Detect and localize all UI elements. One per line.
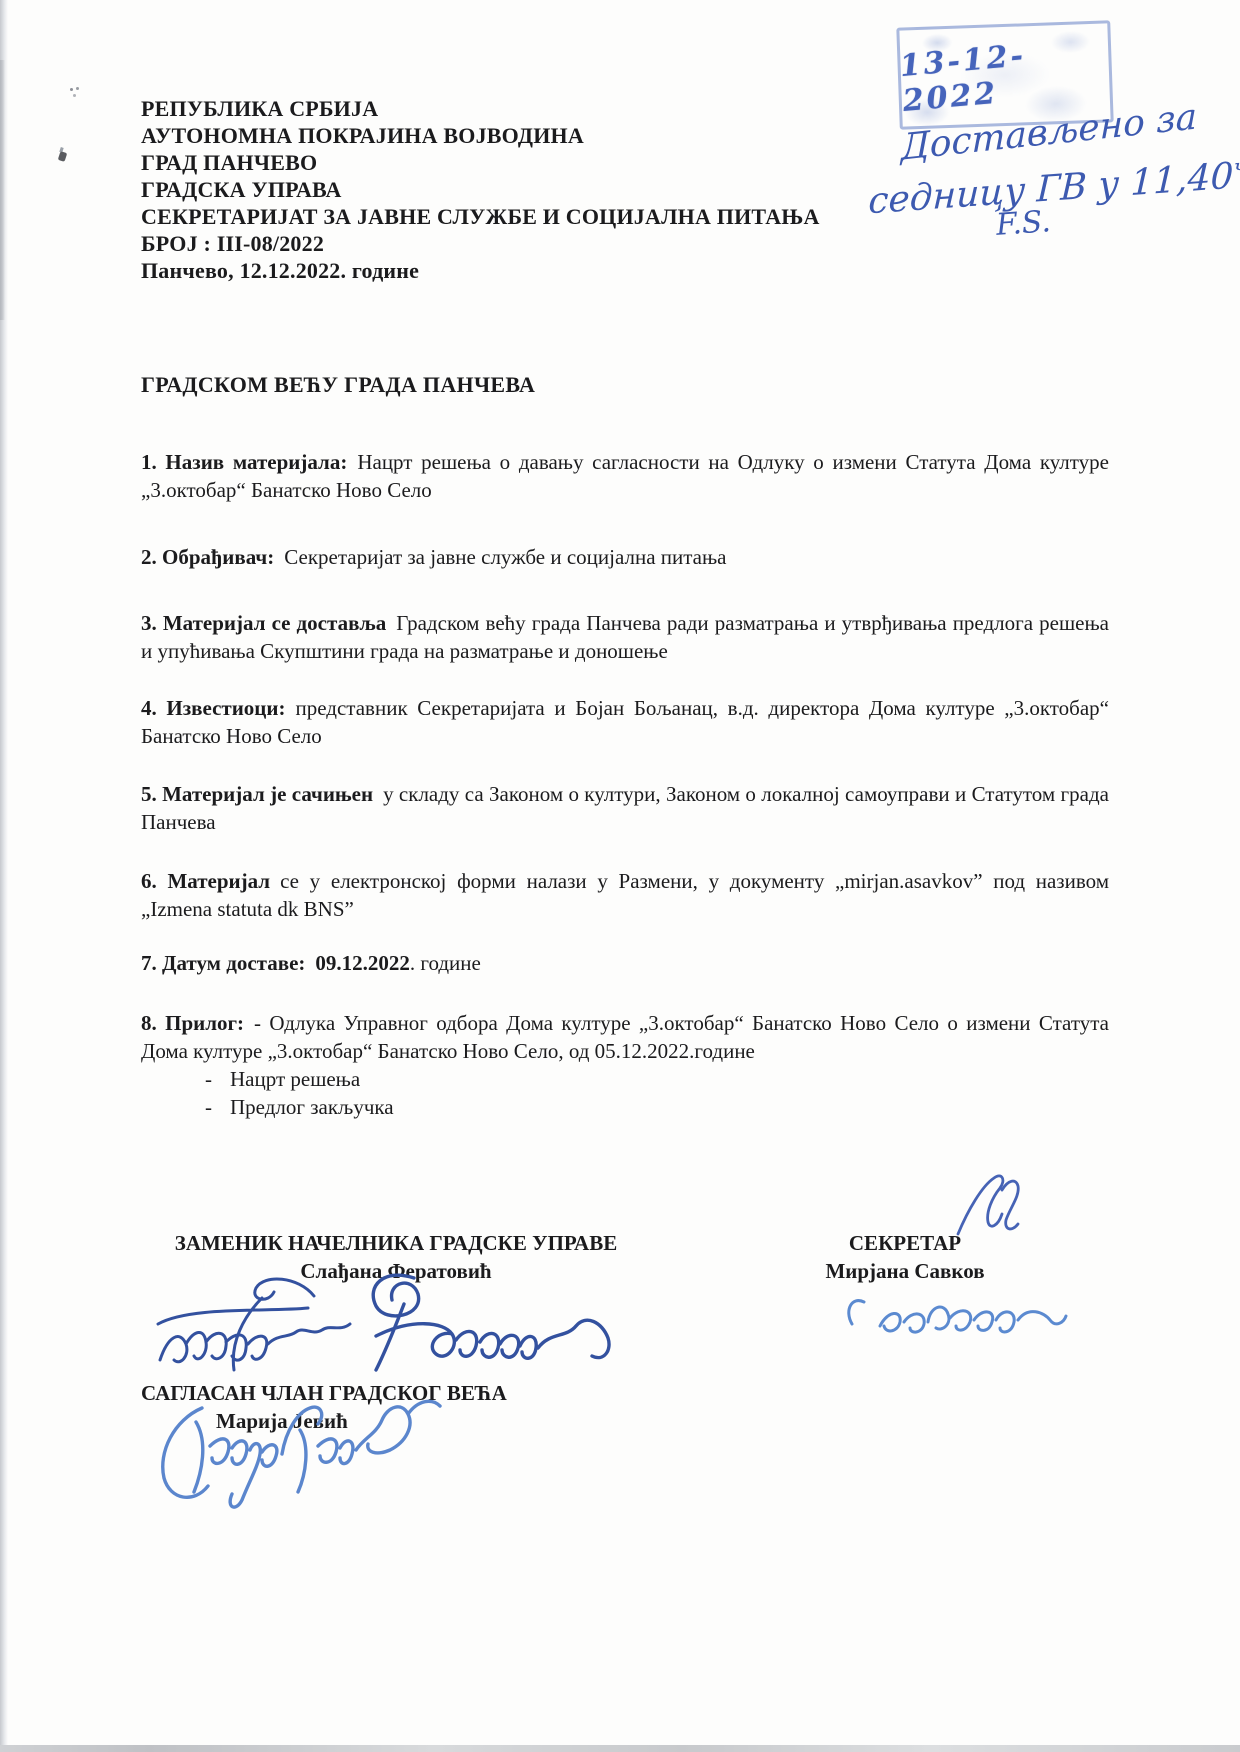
addressee-title: ГРАДСКОМ ВЕЋУ ГРАДА ПАНЧЕВА (141, 372, 535, 398)
item-5-legal-basis: 5. Материјал је сачињену складу са Закон… (141, 781, 1109, 836)
item-4-rapporteurs: 4. Известиоци:представник Секретаријата … (141, 695, 1109, 750)
signature-jevic (150, 1390, 494, 1510)
item-2-processor: 2. Обрађивач:Секретаријат за јавне служб… (141, 544, 1109, 572)
scan-speck (58, 151, 67, 162)
letterhead-line: ГРАДСКА УПРАВА (141, 176, 820, 203)
delivery-date-value: 09.12.2022 (315, 951, 410, 975)
item-label: 7. Датум доставе: (141, 951, 305, 975)
stamp-date-text: 13-12-2022 (898, 31, 1111, 119)
item-3-delivered-to: 3. Материјал се достављаГрадском већу гр… (141, 610, 1109, 665)
handwritten-initials: F.S. (995, 204, 1052, 243)
item-label: 4. Известиоци: (141, 696, 286, 720)
item-label: 2. Обрађивач: (141, 545, 274, 569)
letterhead: РЕПУБЛИКА СРБИЈА АУТОНОМНА ПОКРАЈИНА ВОЈ… (141, 95, 820, 284)
attachment-list-item: -Нацрт решења (141, 1066, 1173, 1094)
item-label: 3. Материјал се доставља (141, 611, 386, 635)
item-label: 6. Материјал (141, 869, 270, 893)
letterhead-line: ГРАД ПАНЧЕВО (141, 149, 820, 176)
handwritten-note-superscript: ч (1233, 155, 1240, 181)
document-number: БРОЈ : III-08/2022 (141, 230, 820, 257)
attachment-text: Предлог закључка (230, 1095, 394, 1119)
list-dash: - (205, 1066, 212, 1094)
item-text: . године (410, 951, 481, 975)
attachment-text: Нацрт решења (230, 1067, 360, 1091)
scanned-document-page: 13-12-2022 Достављено за седницу ГВ у 11… (0, 0, 1240, 1752)
scan-edge-bottom (0, 1745, 1240, 1752)
item-label: 1. Назив материјала: (141, 450, 347, 474)
letterhead-line: РЕПУБЛИКА СРБИЈА (141, 95, 820, 122)
item-label: 8. Прилог: (141, 1011, 244, 1035)
list-dash: - (205, 1094, 212, 1122)
place-and-date: Панчево, 12.12.2022. године (141, 257, 820, 284)
item-6-electronic-form: 6. Материјалсе у електронској форми нала… (141, 868, 1109, 923)
item-1-material-name: 1. Назив материјала:Нацрт решења о давањ… (141, 449, 1109, 504)
item-7-delivery-date: 7. Датум доставе:09.12.2022. године (141, 950, 1109, 978)
item-8-attachments: 8. Прилог:- Одлука Управног одбора Дома … (141, 1010, 1109, 1065)
signature-savkov (838, 1288, 1070, 1344)
secretary-name: Мирјана Савков (775, 1259, 1035, 1284)
secretary-paraph (948, 1168, 1028, 1250)
signature-paraph-left (352, 1264, 616, 1380)
attachment-list-item: -Предлог закључка (141, 1094, 1173, 1122)
scan-edge-left-shadow (0, 60, 5, 320)
item-text: представник Секретаријата и Бојан Бољана… (141, 696, 1109, 748)
letterhead-line: СЕКРЕТАРИЈАТ ЗА ЈАВНЕ СЛУЖБЕ И СОЦИЈАЛНА… (141, 203, 820, 230)
scan-speck (70, 88, 73, 91)
item-text: се у електронској форми налази у Размени… (141, 869, 1109, 921)
signature-feratovic (146, 1272, 358, 1380)
item-label: 5. Материјал је сачињен (141, 782, 373, 806)
item-text: Секретаријат за јавне службе и социјална… (284, 545, 726, 569)
deputy-chief-title: ЗАМЕНИК НАЧЕЛНИКА ГРАДСКЕ УПРАВЕ (141, 1231, 651, 1256)
letterhead-line: АУТОНОМНА ПОКРАЈИНА ВОЈВОДИНА (141, 122, 820, 149)
item-text: - Одлука Управног одбора Дома културе „3… (141, 1011, 1109, 1063)
